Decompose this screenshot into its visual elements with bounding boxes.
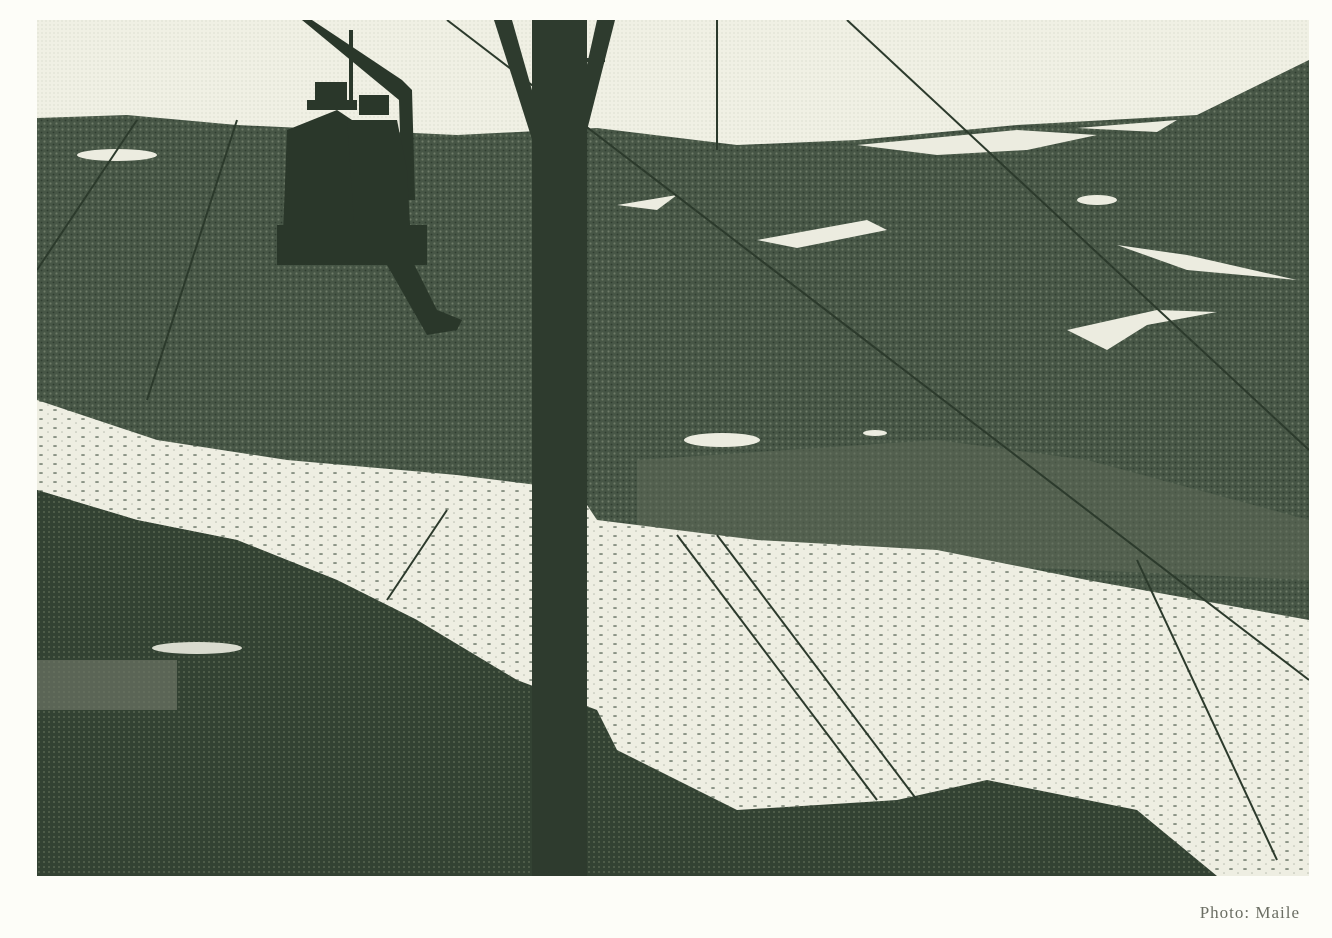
flat-rock: [37, 660, 177, 710]
photo-illustration: [37, 20, 1309, 876]
photo-credit-caption: Photo: Maile: [1200, 903, 1300, 923]
chairlift-photo: [37, 20, 1309, 876]
